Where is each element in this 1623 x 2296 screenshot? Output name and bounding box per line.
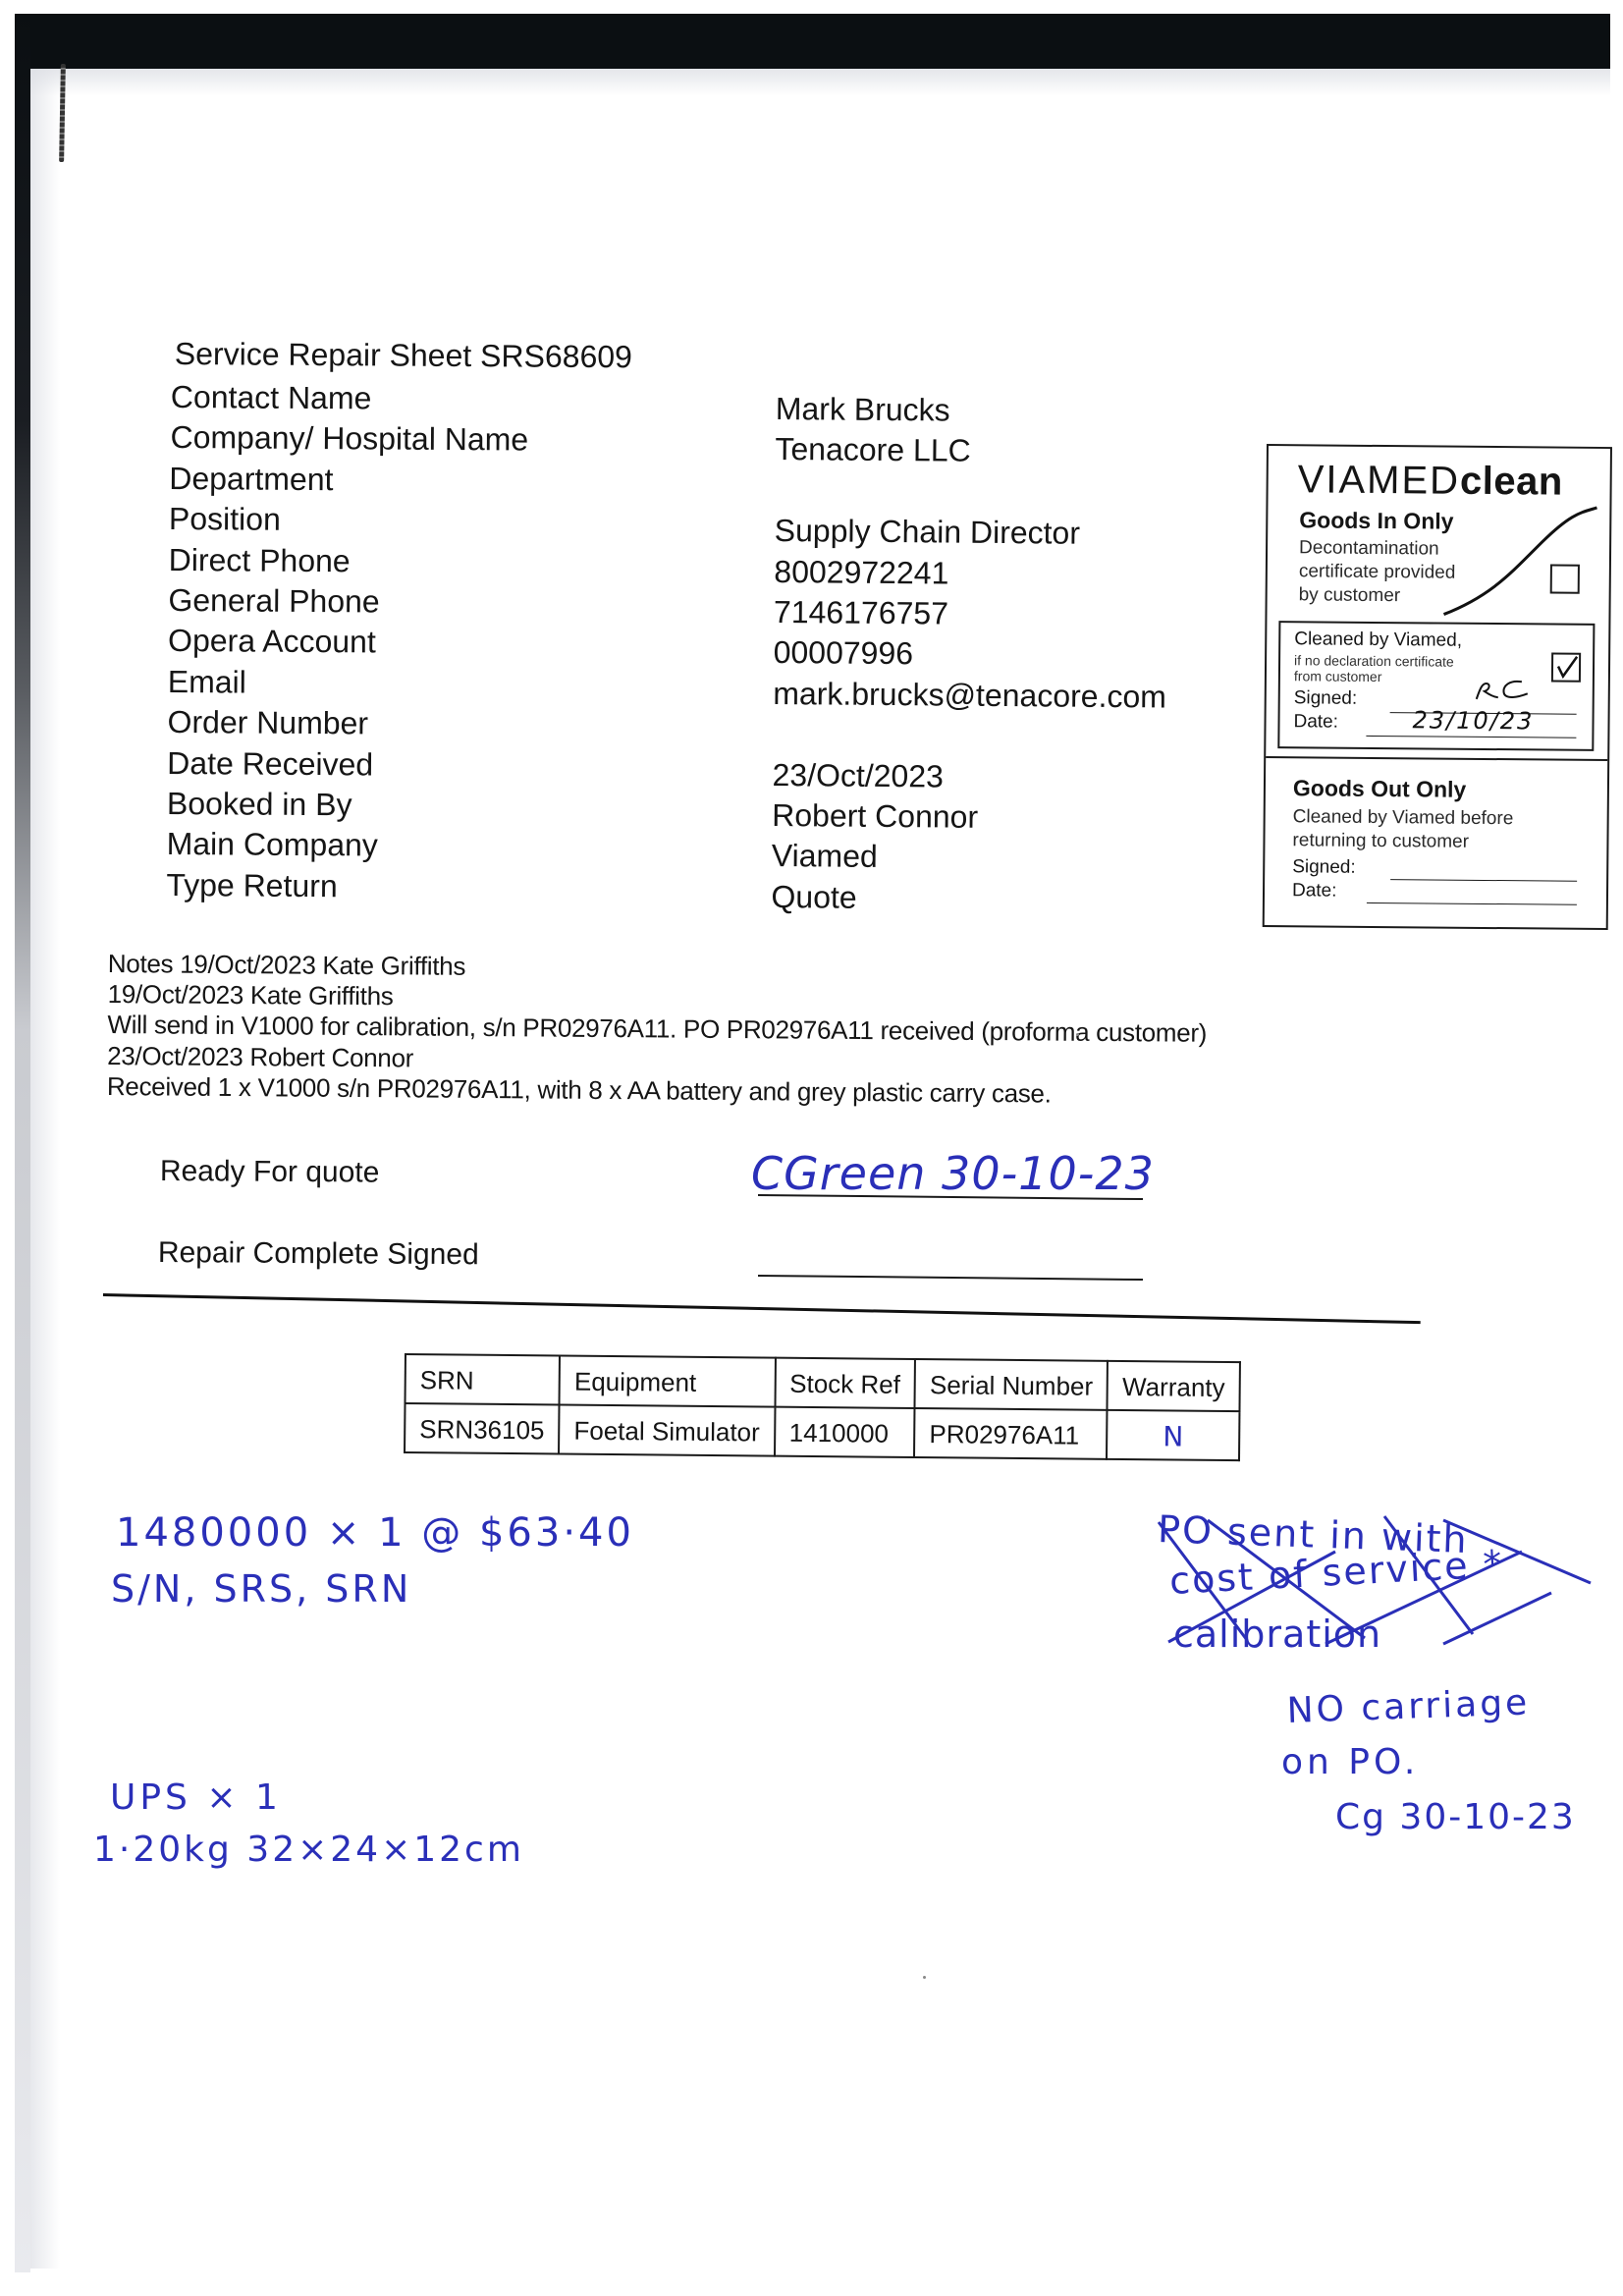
cleaned-by-viamed-box: Cleaned by Viamed, if no declaration cer…	[1277, 621, 1595, 751]
cell-stock-ref: 1410000	[775, 1407, 915, 1457]
value-date-received: 23/Oct/2023	[772, 755, 1165, 799]
label-direct-phone: Direct Phone	[169, 540, 528, 583]
value-direct-phone: 8002972241	[774, 552, 1167, 596]
value-general-phone: 7146176757	[774, 592, 1167, 636]
scan-border-left	[15, 14, 30, 2272]
goods-out-date-line	[1367, 902, 1577, 905]
cleaned-checkbox[interactable]	[1551, 653, 1581, 683]
goods-out-text: Cleaned by Viamed before returning to cu…	[1292, 805, 1513, 854]
label-main-company: Main Company	[167, 824, 526, 867]
value-type-return: Quote	[771, 877, 1164, 921]
scan-speck	[1076, 1033, 1079, 1036]
scan-speck	[923, 1976, 926, 1979]
handwritten-carriage-line-1: NO carriage	[1286, 1682, 1531, 1731]
cell-warranty: N	[1107, 1410, 1239, 1460]
goods-out-signed-label: Signed:	[1292, 856, 1356, 879]
ready-for-quote-label: Ready For quote	[160, 1155, 380, 1190]
value-booked-in-by: Robert Connor	[772, 795, 1165, 840]
ready-for-quote-signature: CGreen 30-10-23	[751, 1147, 1155, 1200]
col-srn: SRN	[406, 1354, 561, 1405]
page-title: Service Repair Sheet SRS68609	[175, 336, 632, 375]
section-divider	[103, 1293, 1421, 1324]
label-company: Company/ Hospital Name	[170, 417, 528, 461]
viamed-clean-stamp: VIAMEDclean Goods In Only Decontaminatio…	[1263, 444, 1612, 930]
cleaned-signed-label: Signed:	[1294, 687, 1358, 710]
field-labels: Contact Name Company/ Hospital Name Depa…	[167, 377, 528, 908]
label-date-received: Date Received	[167, 742, 526, 786]
value-email: mark.brucks@tenacore.com	[773, 674, 1166, 718]
notes-section: Notes 19/Oct/2023 Kate Griffiths 19/Oct/…	[107, 949, 1208, 1111]
scan-border-top	[15, 14, 1610, 69]
table-row: SRN36105 Foetal Simulator 1410000 PR0297…	[405, 1403, 1239, 1460]
value-department	[775, 470, 1168, 515]
goods-out-signed-line	[1390, 879, 1577, 882]
cleaned-date-line	[1366, 736, 1576, 738]
cell-serial-number: PR02976A11	[914, 1408, 1108, 1459]
label-opera-account: Opera Account	[168, 621, 527, 664]
strike-through-marks	[1149, 1512, 1600, 1660]
stamp-divider	[1266, 756, 1607, 761]
handwritten-carriage-line-3: Cg 30-10-23	[1335, 1797, 1576, 1837]
goods-in-text: Decontamination certificate provided by …	[1299, 536, 1456, 608]
goods-out-date-label: Date:	[1292, 880, 1337, 902]
value-order-number	[773, 714, 1166, 758]
value-main-company: Viamed	[772, 836, 1165, 880]
handwritten-shipping-line-1: UPS × 1	[110, 1777, 282, 1818]
value-opera-account: 00007996	[773, 632, 1166, 677]
repair-complete-label: Repair Complete Signed	[158, 1236, 479, 1272]
handwritten-ids-line: S/N, SRS, SRN	[111, 1567, 411, 1611]
checkmark-icon	[1553, 655, 1579, 681]
label-position: Position	[169, 499, 528, 542]
label-general-phone: General Phone	[168, 580, 527, 624]
field-values: Mark Brucks Tenacore LLC Supply Chain Di…	[771, 389, 1168, 921]
label-contact-name: Contact Name	[171, 377, 529, 420]
handwritten-shipping-line-2: 1·20kg 32×24×12cm	[93, 1830, 524, 1870]
table-header-row: SRN Equipment Stock Ref Serial Number Wa…	[406, 1354, 1240, 1411]
staple-mark	[59, 64, 66, 162]
scan-shadow-top	[29, 69, 1610, 96]
col-stock-ref: Stock Ref	[775, 1358, 915, 1408]
pen-strike-mark	[1434, 501, 1601, 620]
cell-equipment: Foetal Simulator	[559, 1405, 775, 1456]
handwritten-part-line: 1480000 × 1 @ $63·40	[116, 1510, 634, 1556]
col-warranty: Warranty	[1108, 1361, 1240, 1411]
equipment-table: SRN Equipment Stock Ref Serial Number Wa…	[404, 1353, 1241, 1461]
label-booked-in-by: Booked in By	[167, 784, 526, 827]
stamp-brand: VIAMEDclean	[1297, 458, 1563, 504]
cleaned-date-label: Date:	[1293, 711, 1338, 733]
col-serial-number: Serial Number	[915, 1359, 1109, 1410]
value-contact-name: Mark Brucks	[776, 389, 1169, 433]
label-department: Department	[169, 459, 528, 502]
repair-complete-line	[758, 1275, 1143, 1281]
handwritten-carriage-line-2: on PO.	[1281, 1742, 1419, 1782]
col-equipment: Equipment	[560, 1356, 776, 1407]
cell-srn: SRN36105	[405, 1403, 560, 1454]
value-position: Supply Chain Director	[775, 511, 1168, 555]
goods-in-title: Goods In Only	[1299, 507, 1453, 534]
label-type-return: Type Return	[166, 865, 525, 908]
value-company: Tenacore LLC	[775, 429, 1168, 473]
scan-shadow-left	[30, 69, 60, 2269]
goods-out-title: Goods Out Only	[1293, 775, 1467, 803]
handwritten-initials-rc	[1473, 676, 1532, 706]
label-email: Email	[168, 662, 527, 705]
label-order-number: Order Number	[167, 702, 526, 745]
handwritten-cleaned-date: 23/10/23	[1412, 706, 1534, 735]
